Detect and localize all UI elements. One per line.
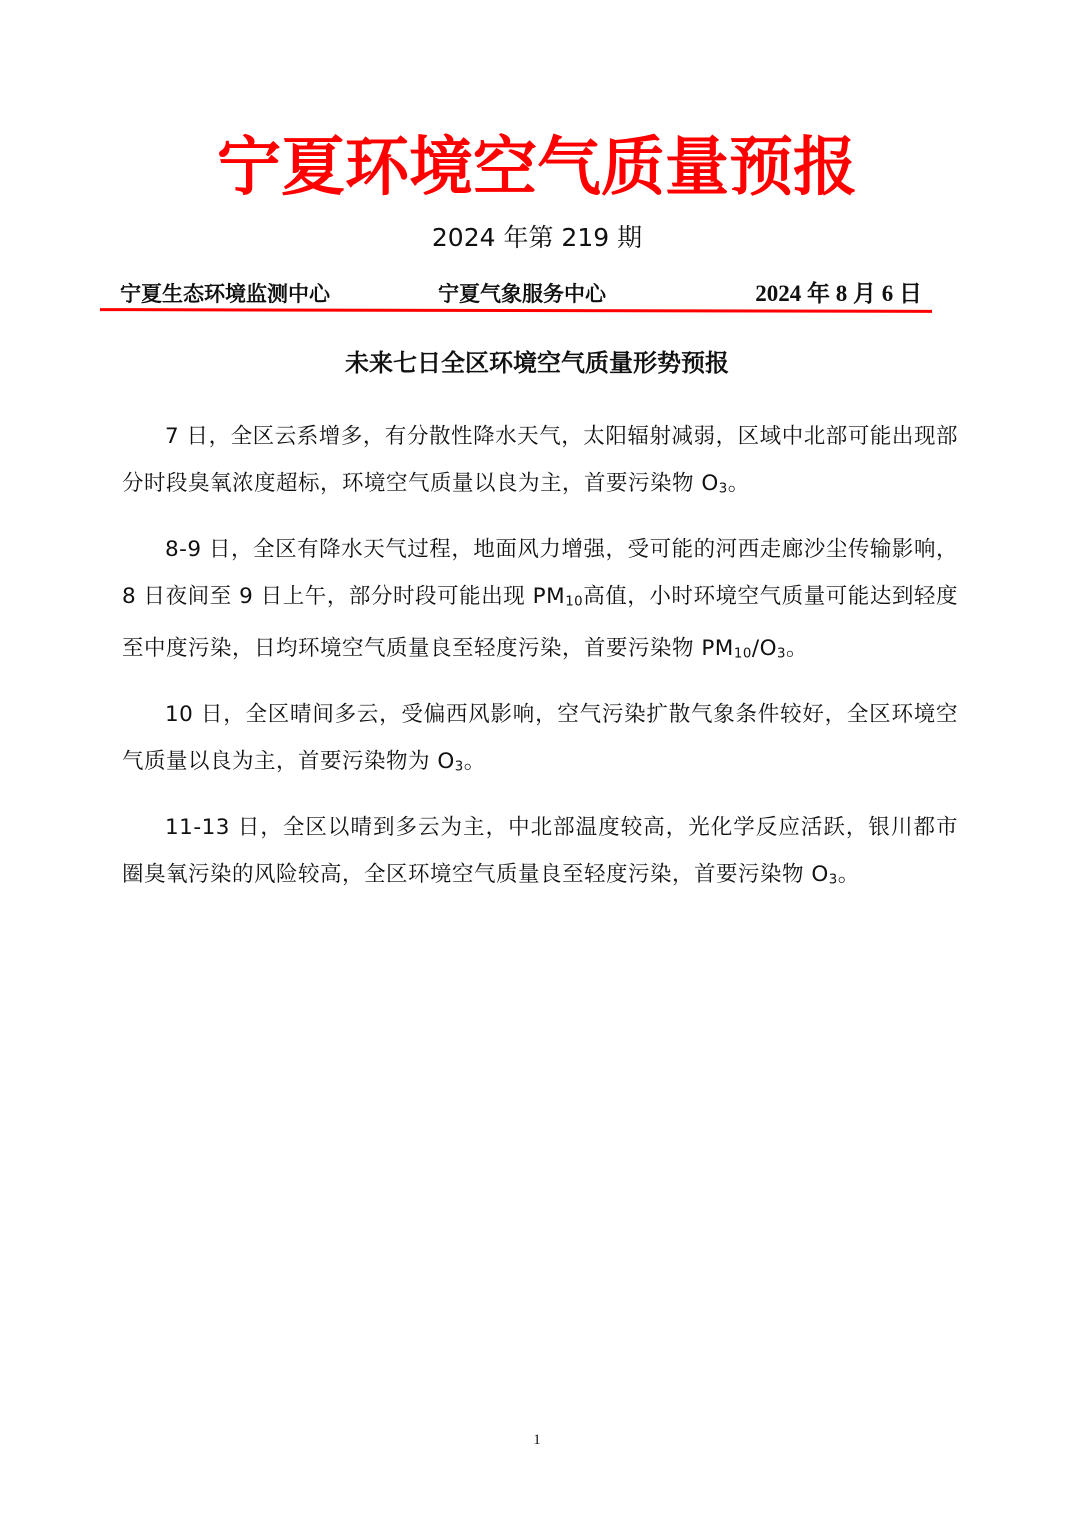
subscript: 3 (777, 647, 786, 662)
red-divider (100, 308, 932, 313)
paragraph-text: 。 (728, 471, 750, 496)
paragraph-text: /O (752, 636, 777, 661)
paragraph-text: 。 (464, 749, 486, 774)
paragraph-day-10: 10 日，全区晴间多云，受偏西风影响，空气污染扩散气象条件较好，全区环境空气质量… (122, 691, 958, 791)
document-title: 未来七日全区环境空气质量形势预报 (0, 343, 1074, 383)
subscript: 3 (455, 760, 464, 775)
paragraph-day-11-13: 11-13 日，全区以晴到多云为主，中北部温度较高，光化学反应活跃，银川都市圈臭… (122, 804, 958, 904)
subscript: 10 (565, 594, 583, 609)
paragraph-text: 10 日，全区晴间多云，受偏西风影响，空气污染扩散气象条件较好，全区环境空气质量… (122, 702, 958, 774)
subscript: 10 (734, 647, 752, 662)
paragraph-text: 。 (838, 862, 860, 887)
paragraph-text: 7 日，全区云系增多，有分散性降水天气，太阳辐射减弱，区域中北部可能出现部分时段… (122, 424, 958, 496)
paragraph-text: 。 (786, 636, 808, 661)
paragraph-day-7: 7 日，全区云系增多，有分散性降水天气，太阳辐射减弱，区域中北部可能出现部分时段… (122, 413, 958, 513)
document-body: 7 日，全区云系增多，有分散性降水天气，太阳辐射减弱，区域中北部可能出现部分时段… (122, 413, 958, 916)
publisher-meteorology-center: 宁夏气象服务中心 (438, 276, 606, 312)
publisher-line: 宁夏生态环境监测中心 宁夏气象服务中心 2024 年 8 月 6 日 (120, 276, 930, 312)
subscript: 3 (719, 482, 728, 497)
publisher-ecology-center: 宁夏生态环境监测中心 (120, 276, 330, 312)
publish-date: 2024 年 8 月 6 日 (755, 276, 922, 312)
paragraph-day-8-9: 8-9 日，全区有降水天气过程，地面风力增强，受可能的河西走廊沙尘传输影响，8 … (122, 526, 958, 678)
issue-number: 2024 年第 219 期 (0, 218, 1074, 258)
page-number: 1 (0, 1432, 1074, 1449)
masthead-title: 宁夏环境空气质量预报 (0, 128, 1074, 208)
subscript: 3 (829, 872, 838, 887)
